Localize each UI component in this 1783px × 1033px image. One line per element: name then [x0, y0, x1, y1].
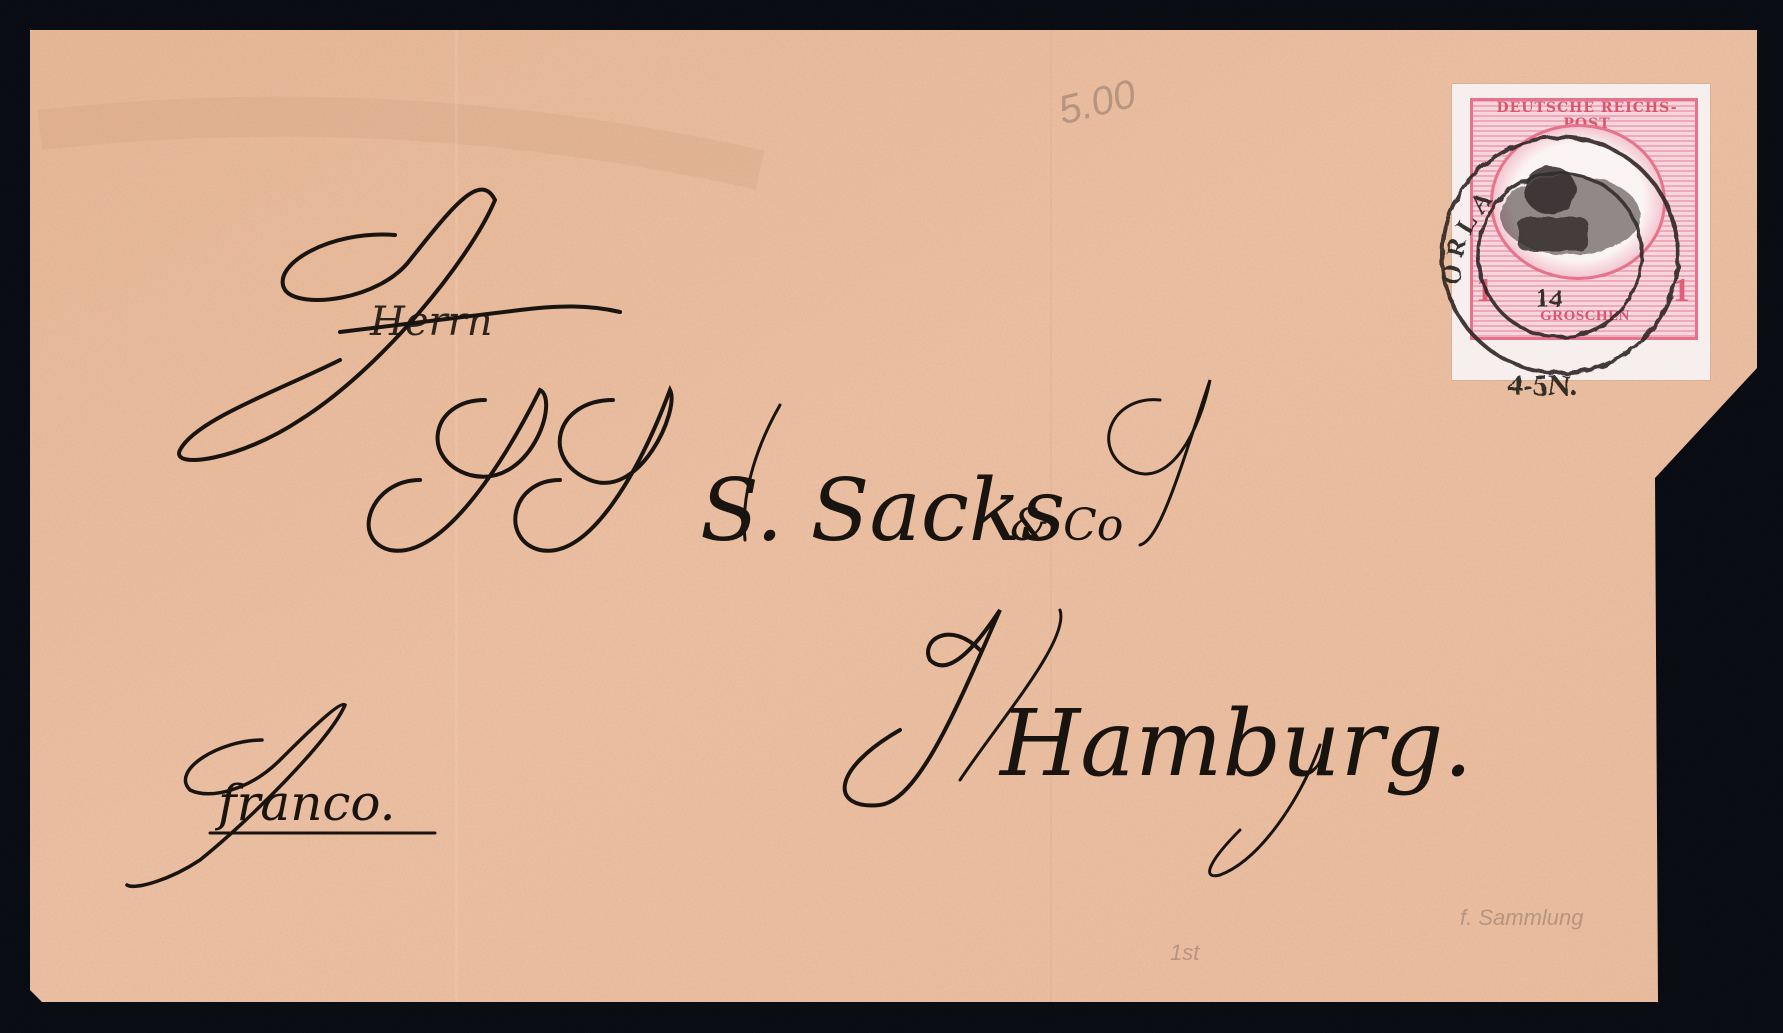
city-name: Hamburg.: [998, 690, 1473, 797]
endorsement-text: franco.: [214, 774, 396, 832]
pencil-note-bottom-right: f. Sammlung: [1460, 905, 1584, 930]
endorsement-flourish: [127, 705, 435, 887]
recipient-script-flourish: [369, 380, 1210, 551]
stamp-value-left: 1: [1476, 272, 1493, 310]
stamp-currency: GROSCHEN: [1510, 308, 1660, 325]
salutation-text: Herrn: [369, 299, 493, 345]
postal-cover-scene: 5.00 1st f. Sammlung Herrn S. Sacks & Co…: [0, 0, 1783, 1033]
city-script-flourish: [845, 610, 1320, 876]
stamp-eagle-oval: [1490, 124, 1666, 280]
pencil-note-top: 5.00: [1054, 72, 1140, 134]
recipient-suffix: & Co: [1010, 500, 1123, 551]
recipient-name: S. Sacks: [700, 461, 1065, 561]
stamp-value-right: 1: [1673, 272, 1690, 310]
herrn-script: [179, 190, 620, 460]
pencil-note-bottom-left: 1st: [1170, 940, 1200, 965]
postage-stamp: DEUTSCHE REICHS-POST 1 1 GROSCHEN: [1452, 84, 1710, 380]
